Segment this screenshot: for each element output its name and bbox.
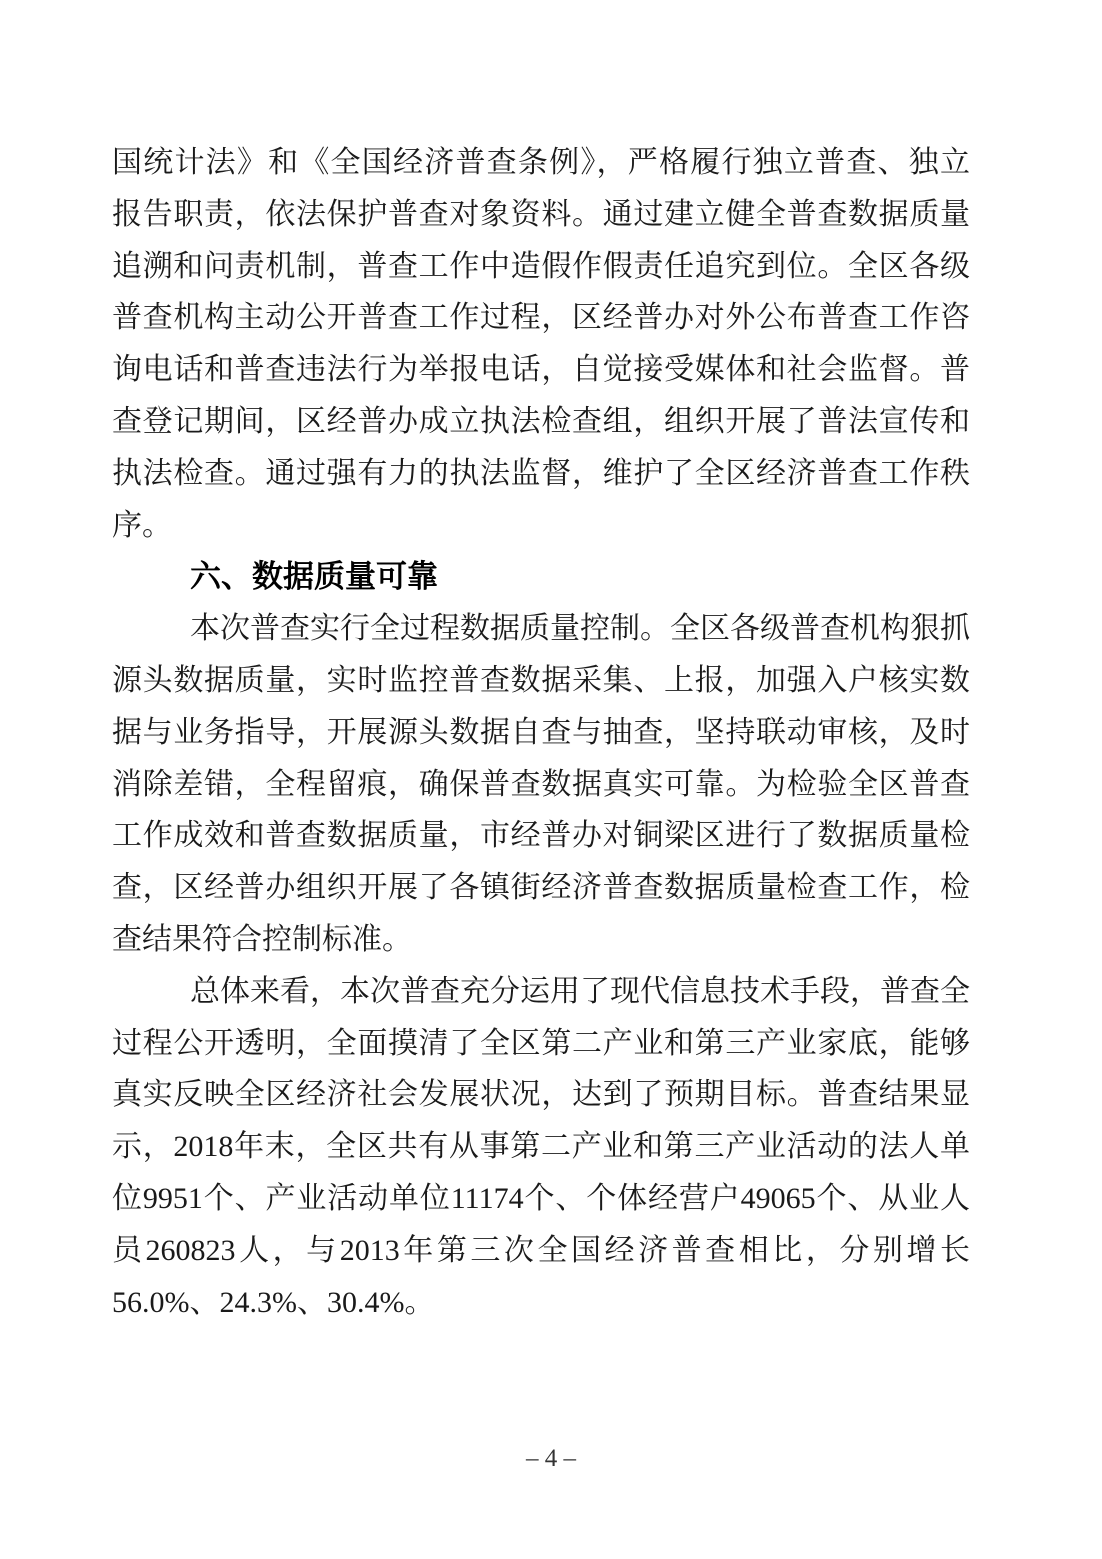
text-line: 询电话和普查违法行为举报电话，自觉接受媒体和社会监督。普 bbox=[112, 344, 970, 396]
page-footer: – 4 – bbox=[0, 1444, 1102, 1474]
text-line: 示，2018年末，全区共有从事第二产业和第三产业活动的法人单 bbox=[112, 1121, 970, 1173]
text-line: 查登记期间，区经普办成立执法检查组，组织开展了普法宣传和 bbox=[112, 396, 970, 448]
text-line: 执法检查。通过强有力的执法监督，维护了全区经济普查工作秩 bbox=[112, 448, 970, 500]
text-line: 查结果符合控制标准。 bbox=[112, 914, 970, 966]
text-line: 56.0%、24.3%、30.4%。 bbox=[112, 1277, 970, 1329]
text-line: 查，区经普办组织开展了各镇街经济普查数据质量检查工作，检 bbox=[112, 862, 970, 914]
text-line: 国统计法》和《全国经济普查条例》，严格履行独立普查、独立 bbox=[112, 137, 970, 189]
text-line: 总体来看，本次普查充分运用了现代信息技术手段，普查全 bbox=[112, 966, 970, 1018]
text-line: 序。 bbox=[112, 500, 970, 552]
document-body: 国统计法》和《全国经济普查条例》，严格履行独立普查、独立报告职责，依法保护普查对… bbox=[112, 137, 970, 1328]
text-line: 据与业务指导，开展源头数据自查与抽查，坚持联动审核，及时 bbox=[112, 707, 970, 759]
text-line: 普查机构主动公开普查工作过程，区经普办对外公布普查工作咨 bbox=[112, 292, 970, 344]
document-page: 国统计法》和《全国经济普查条例》，严格履行独立普查、独立报告职责，依法保护普查对… bbox=[0, 0, 1102, 1559]
text-line: 追溯和问责机制，普查工作中造假作假责任追究到位。全区各级 bbox=[112, 241, 970, 293]
text-line: 真实反映全区经济社会发展状况，达到了预期目标。普查结果显 bbox=[112, 1069, 970, 1121]
text-line: 过程公开透明，全面摸清了全区第二产业和第三产业家底，能够 bbox=[112, 1018, 970, 1070]
text-line: 工作成效和普查数据质量，市经普办对铜梁区进行了数据质量检 bbox=[112, 810, 970, 862]
page-number: – 4 – bbox=[526, 1445, 576, 1472]
text-line: 位9951个、产业活动单位11174个、个体经营户49065个、从业人 bbox=[112, 1173, 970, 1225]
text-line: 报告职责，依法保护普查对象资料。通过建立健全普查数据质量 bbox=[112, 189, 970, 241]
text-line: 员260823人，与2013年第三次全国经济普查相比，分别增长79.2%、 bbox=[112, 1225, 970, 1277]
text-line: 本次普查实行全过程数据质量控制。全区各级普查机构狠抓 bbox=[112, 603, 970, 655]
section-heading: 六、数据质量可靠 bbox=[112, 551, 970, 603]
text-line: 源头数据质量，实时监控普查数据采集、上报，加强入户核实数 bbox=[112, 655, 970, 707]
text-line: 消除差错，全程留痕，确保普查数据真实可靠。为检验全区普查 bbox=[112, 759, 970, 811]
